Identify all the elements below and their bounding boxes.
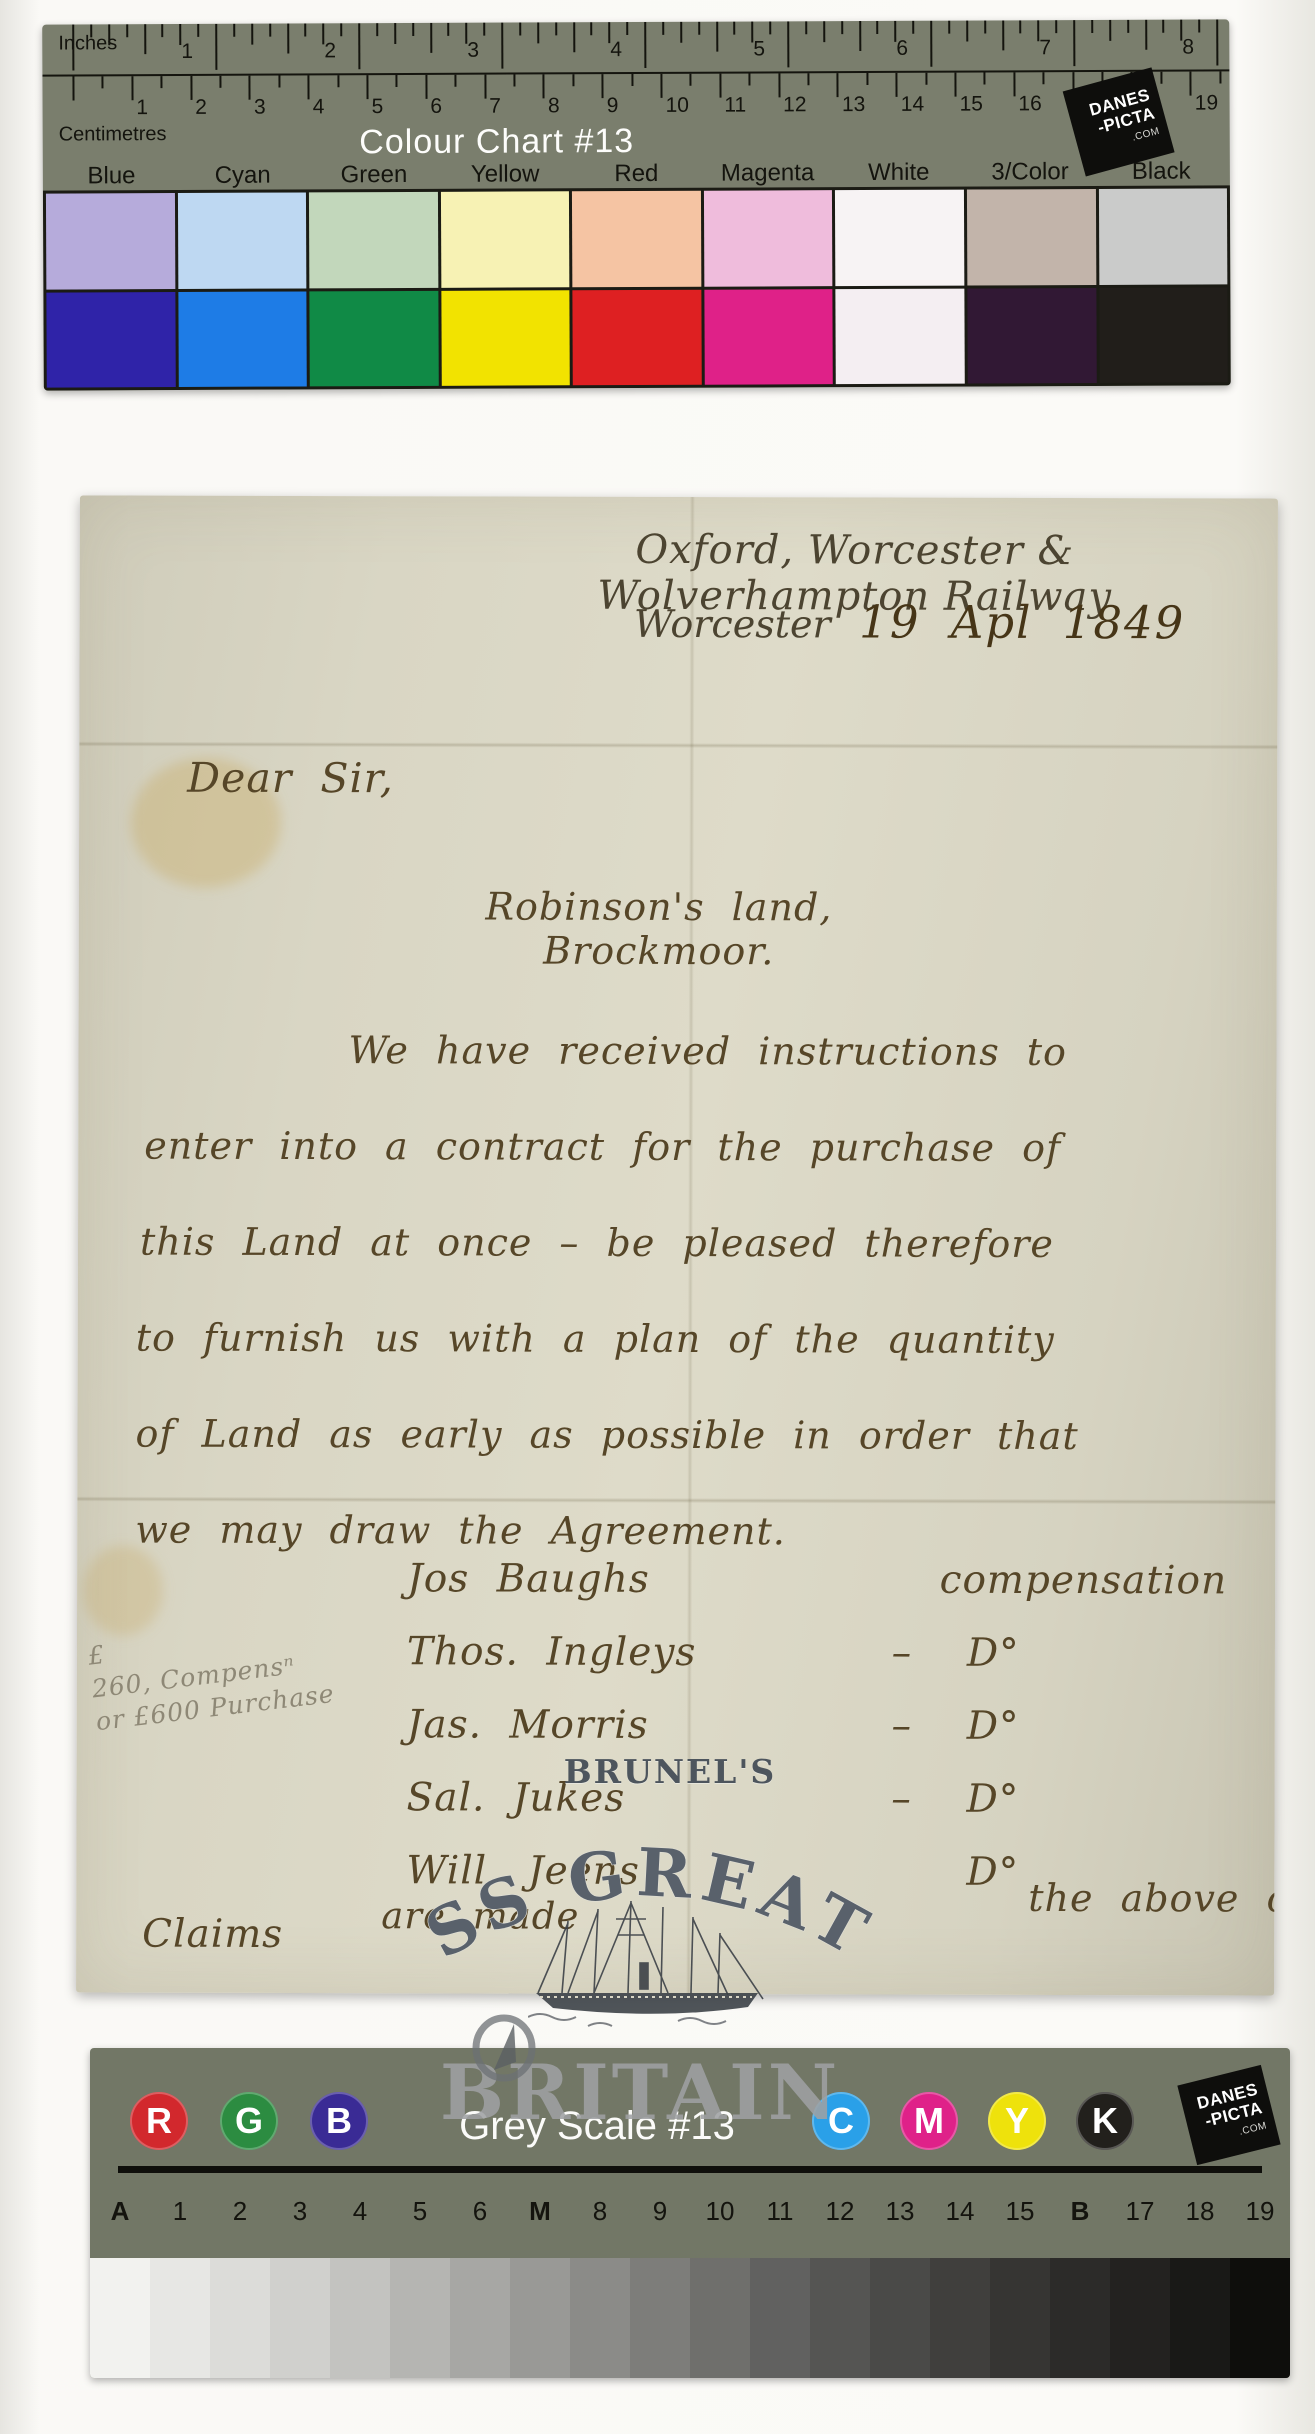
swatch-pastel — [704, 190, 833, 286]
inch-ruler-numbers: 12345678 — [42, 19, 1229, 24]
grey-step — [210, 2258, 270, 2378]
closing-text-right: the above cases for — [1028, 1876, 1278, 1921]
scale-index: 14 — [930, 2196, 990, 2227]
cm-number: 5 — [372, 95, 384, 119]
swatch-label: Green — [308, 161, 439, 190]
scale-index: 8 — [570, 2196, 630, 2227]
inch-number: 5 — [753, 37, 765, 61]
body-line: to furnish us with a plan of the quantit… — [136, 1290, 1256, 1389]
cmyk-circles: CMYK — [812, 2092, 1134, 2150]
swatch-saturated — [178, 291, 307, 387]
swatch-pastel — [441, 191, 570, 287]
claimant-value: D° — [966, 1836, 1019, 1909]
color-circle: Y — [988, 2092, 1046, 2150]
claimant-value: compensation — [940, 1544, 1228, 1618]
cm-number: 4 — [313, 95, 325, 119]
swatch-saturated — [46, 292, 175, 388]
anchor-roundel-logo — [468, 2002, 538, 2092]
ditto-dash — [816, 1543, 940, 1616]
cm-number: 11 — [724, 94, 746, 118]
scale-index: 1 — [150, 2196, 210, 2227]
cm-number: 3 — [254, 96, 266, 120]
scale-index: B — [1050, 2196, 1110, 2227]
inch-number: 6 — [896, 37, 908, 61]
cm-number: 15 — [960, 92, 983, 116]
cm-number: 1 — [136, 96, 148, 120]
grey-step — [810, 2258, 870, 2378]
grey-step — [570, 2258, 630, 2378]
letterhead-place: Worcester — [634, 602, 831, 647]
cm-number: 12 — [783, 93, 806, 117]
colour-chart-card: Inches 12345678 123456789101112131415161… — [42, 19, 1231, 390]
swatch-pastel — [46, 193, 175, 289]
color-circle: K — [1076, 2092, 1134, 2150]
swatch-column — [572, 191, 701, 386]
cm-number: 10 — [666, 94, 689, 118]
scale-index: A — [90, 2196, 150, 2227]
inch-number: 8 — [1182, 36, 1194, 60]
claimant-value: D° — [967, 1690, 1020, 1763]
scale-index: 10 — [690, 2196, 750, 2227]
scale-index: 15 — [990, 2196, 1050, 2227]
swatch-label: Blue — [46, 162, 177, 191]
scale-index: 9 — [630, 2196, 690, 2227]
scale-index: 18 — [1170, 2196, 1230, 2227]
swatch-column — [178, 192, 307, 387]
scale-index: M — [510, 2196, 570, 2227]
grey-step — [1050, 2258, 1110, 2378]
watermark-brunels: BRUNEL'S — [510, 1752, 830, 1791]
scale-index: 13 — [870, 2196, 930, 2227]
claimant-row: Jos Baughs compensation — [407, 1542, 1227, 1617]
inch-number: 4 — [610, 38, 622, 62]
scale-index: 3 — [270, 2196, 330, 2227]
cm-number: 7 — [489, 95, 501, 119]
grey-step — [1110, 2258, 1170, 2378]
swatch-column — [1098, 188, 1227, 383]
scale-index: 4 — [330, 2196, 390, 2227]
inch-number: 2 — [324, 39, 336, 63]
grey-step — [870, 2258, 930, 2378]
grey-step — [630, 2258, 690, 2378]
danes-picta-logo: DANES -PICTA .COM — [1177, 2065, 1280, 2165]
scale-index: 6 — [450, 2196, 510, 2227]
scanned-archive-photo: Inches 12345678 123456789101112131415161… — [0, 0, 1315, 2434]
colour-chart-title: Colour Chart #13 — [117, 121, 877, 163]
handwritten-date: 19 Apl 1849 — [859, 595, 1185, 649]
cm-number: 19 — [1195, 91, 1218, 115]
salutation: Dear Sir, — [187, 754, 394, 803]
swatch-pastel — [178, 192, 307, 288]
color-circle: G — [220, 2092, 278, 2150]
grey-scale-index-row: A123456M89101112131415B171819 — [90, 2196, 1290, 2227]
cm-number: 8 — [548, 94, 560, 118]
swatch-column — [704, 190, 833, 385]
grey-step — [750, 2258, 810, 2378]
grey-step — [270, 2258, 330, 2378]
swatch-label: Magenta — [702, 159, 833, 188]
swatch-label: Red — [571, 160, 702, 189]
grey-step — [90, 2258, 150, 2378]
swatch-saturated — [309, 290, 438, 386]
swatch-pastel — [835, 190, 964, 286]
swatch-saturated — [441, 290, 570, 386]
grey-scale-divider — [118, 2166, 1262, 2173]
swatch-pastel — [967, 189, 1096, 285]
body-line: We have received instructions to — [136, 1002, 1256, 1101]
swatch-column — [967, 189, 1096, 384]
cm-ruler-numbers: 12345678910111213141516171819 — [42, 19, 1229, 24]
scale-index: 12 — [810, 2196, 870, 2227]
body-line: enter into a contract for the purchase o… — [136, 1098, 1256, 1197]
claimant-row: Thos. Ingleys – D° — [407, 1615, 1227, 1690]
grey-step-wedge — [90, 2258, 1290, 2378]
inch-ruler-ticks — [42, 19, 1229, 24]
cm-number: 13 — [842, 93, 865, 117]
ditto-dash: – — [837, 1689, 967, 1762]
inch-number: 1 — [181, 40, 193, 64]
grey-step — [990, 2258, 1050, 2378]
letterhead-dateline: Worcester 19 Apl 1849 — [620, 595, 1200, 650]
swatch-label: White — [833, 159, 964, 188]
swatch-label: Cyan — [177, 161, 308, 190]
watermark-ss-great-arc: SS GREAT — [400, 1808, 900, 1998]
scale-index: 11 — [750, 2196, 810, 2227]
swatch-column — [441, 191, 570, 386]
scale-index: 5 — [390, 2196, 450, 2227]
cm-number: 9 — [607, 94, 619, 118]
color-circle: B — [310, 2092, 368, 2150]
color-circle: R — [130, 2092, 188, 2150]
watermark-ss-great: SS GREAT — [413, 1833, 887, 1974]
grey-step — [1230, 2258, 1290, 2378]
body-line: this Land at once – be pleased therefore — [136, 1194, 1256, 1293]
swatch-label: Yellow — [439, 160, 570, 189]
letter-body: We have received instructions toenter in… — [135, 1002, 1257, 1581]
swatch-saturated — [967, 287, 1096, 383]
scale-index: 19 — [1230, 2196, 1290, 2227]
subject-line: Robinson's land, Brockmoor. — [429, 884, 889, 973]
scale-index: 2 — [210, 2196, 270, 2227]
grey-step — [510, 2258, 570, 2378]
scale-index: 17 — [1110, 2196, 1170, 2227]
swatch-grid — [43, 185, 1231, 390]
swatch-column — [309, 192, 438, 387]
swatch-saturated — [573, 289, 702, 385]
grey-step — [150, 2258, 210, 2378]
grey-step — [450, 2258, 510, 2378]
grey-step — [390, 2258, 450, 2378]
swatch-saturated — [704, 289, 833, 385]
grey-step — [690, 2258, 750, 2378]
inch-number: 3 — [467, 39, 479, 63]
ditto-dash: – — [837, 1616, 967, 1689]
closing-text-left: Claims — [142, 1912, 283, 1957]
color-circle: M — [900, 2092, 958, 2150]
swatch-pastel — [309, 192, 438, 288]
swatch-saturated — [1099, 287, 1228, 383]
swatch-pastel — [1098, 188, 1227, 284]
cm-number: 2 — [195, 96, 207, 120]
grey-step — [330, 2258, 390, 2378]
cm-number: 14 — [901, 93, 924, 117]
fold-line — [79, 741, 1277, 749]
swatch-saturated — [836, 288, 965, 384]
cm-number: 16 — [1018, 92, 1041, 116]
swatch-column — [46, 193, 175, 388]
rgb-circles: RGB — [130, 2092, 368, 2150]
body-line: of Land as early as possible in order th… — [135, 1386, 1255, 1485]
claimant-name: Thos. Ingleys — [407, 1615, 837, 1689]
swatch-label: 3/Color — [964, 158, 1095, 187]
swatch-column — [835, 190, 964, 385]
inch-number: 7 — [1039, 36, 1051, 60]
svg-text:SS GREAT: SS GREAT — [413, 1833, 887, 1974]
grey-step — [1170, 2258, 1230, 2378]
claimant-value: D° — [966, 1763, 1019, 1836]
claimant-value: D° — [967, 1617, 1020, 1690]
cm-number: 6 — [430, 95, 442, 119]
swatch-pastel — [572, 191, 701, 287]
cm-ruler-ticks — [42, 19, 1229, 24]
claimant-name: Jos Baughs — [407, 1542, 816, 1616]
grey-step — [930, 2258, 990, 2378]
